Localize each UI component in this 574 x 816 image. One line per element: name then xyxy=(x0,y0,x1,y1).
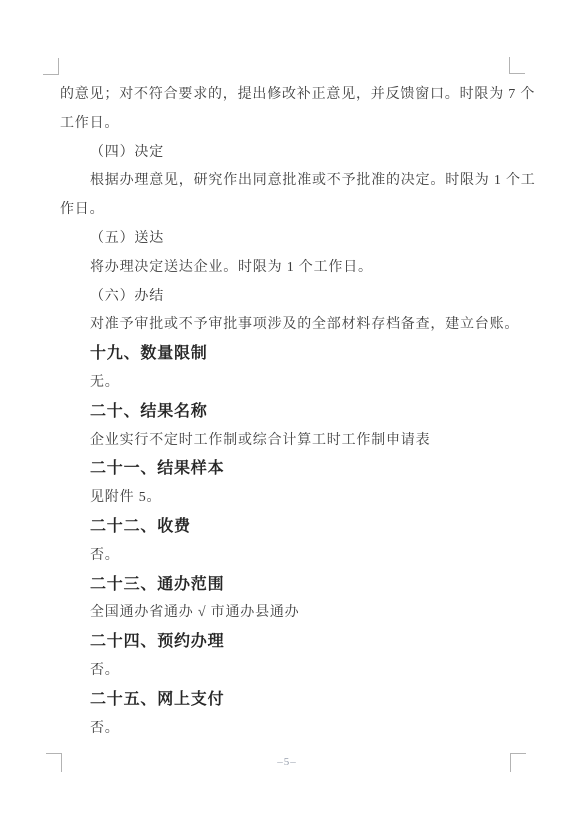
section-heading: 二十三、通办范围 xyxy=(60,571,518,600)
section-heading: 二十、结果名称 xyxy=(60,398,518,427)
section-heading: 十九、数量限制 xyxy=(60,340,518,369)
crop-mark-top-left xyxy=(43,58,59,75)
text-line: 工作日。 xyxy=(60,110,518,139)
text-line: 对准予审批或不予审批事项涉及的全部材料存档备查，建立台账。 xyxy=(60,311,518,340)
page-number: –5– xyxy=(0,756,574,768)
text-line: 根据办理意见，研究作出同意批准或不予批准的决定。时限为 1 个工 xyxy=(60,167,518,196)
text-line: 将办理决定送达企业。时限为 1 个工作日。 xyxy=(60,254,518,283)
text-line: 见附件 5。 xyxy=(60,484,518,513)
text-line: 无。 xyxy=(60,369,518,398)
section-heading: 二十五、网上支付 xyxy=(60,686,518,715)
sub-heading: （五）送达 xyxy=(60,225,518,254)
text-line: 的意见；对不符合要求的，提出修改补正意见，并反馈窗口。时限为 7 个 xyxy=(60,81,518,110)
document-body: 的意见；对不符合要求的，提出修改补正意见，并反馈窗口。时限为 7 个工作日。（四… xyxy=(60,81,518,743)
section-heading: 二十四、预约办理 xyxy=(60,628,518,657)
text-line: 全国通办省通办 √ 市通办县通办 xyxy=(60,599,518,628)
section-heading: 二十二、收费 xyxy=(60,513,518,542)
sub-heading: （四）决定 xyxy=(60,139,518,168)
section-heading: 二十一、结果样本 xyxy=(60,455,518,484)
crop-mark-top-right xyxy=(509,57,525,74)
text-line: 企业实行不定时工作制或综合计算工时工作制申请表 xyxy=(60,427,518,456)
sub-heading: （六）办结 xyxy=(60,283,518,312)
text-line: 否。 xyxy=(60,542,518,571)
text-line: 否。 xyxy=(60,715,518,744)
text-line: 否。 xyxy=(60,657,518,686)
text-line: 作日。 xyxy=(60,196,518,225)
document-page: 的意见；对不符合要求的，提出修改补正意见，并反馈窗口。时限为 7 个工作日。（四… xyxy=(0,0,574,816)
